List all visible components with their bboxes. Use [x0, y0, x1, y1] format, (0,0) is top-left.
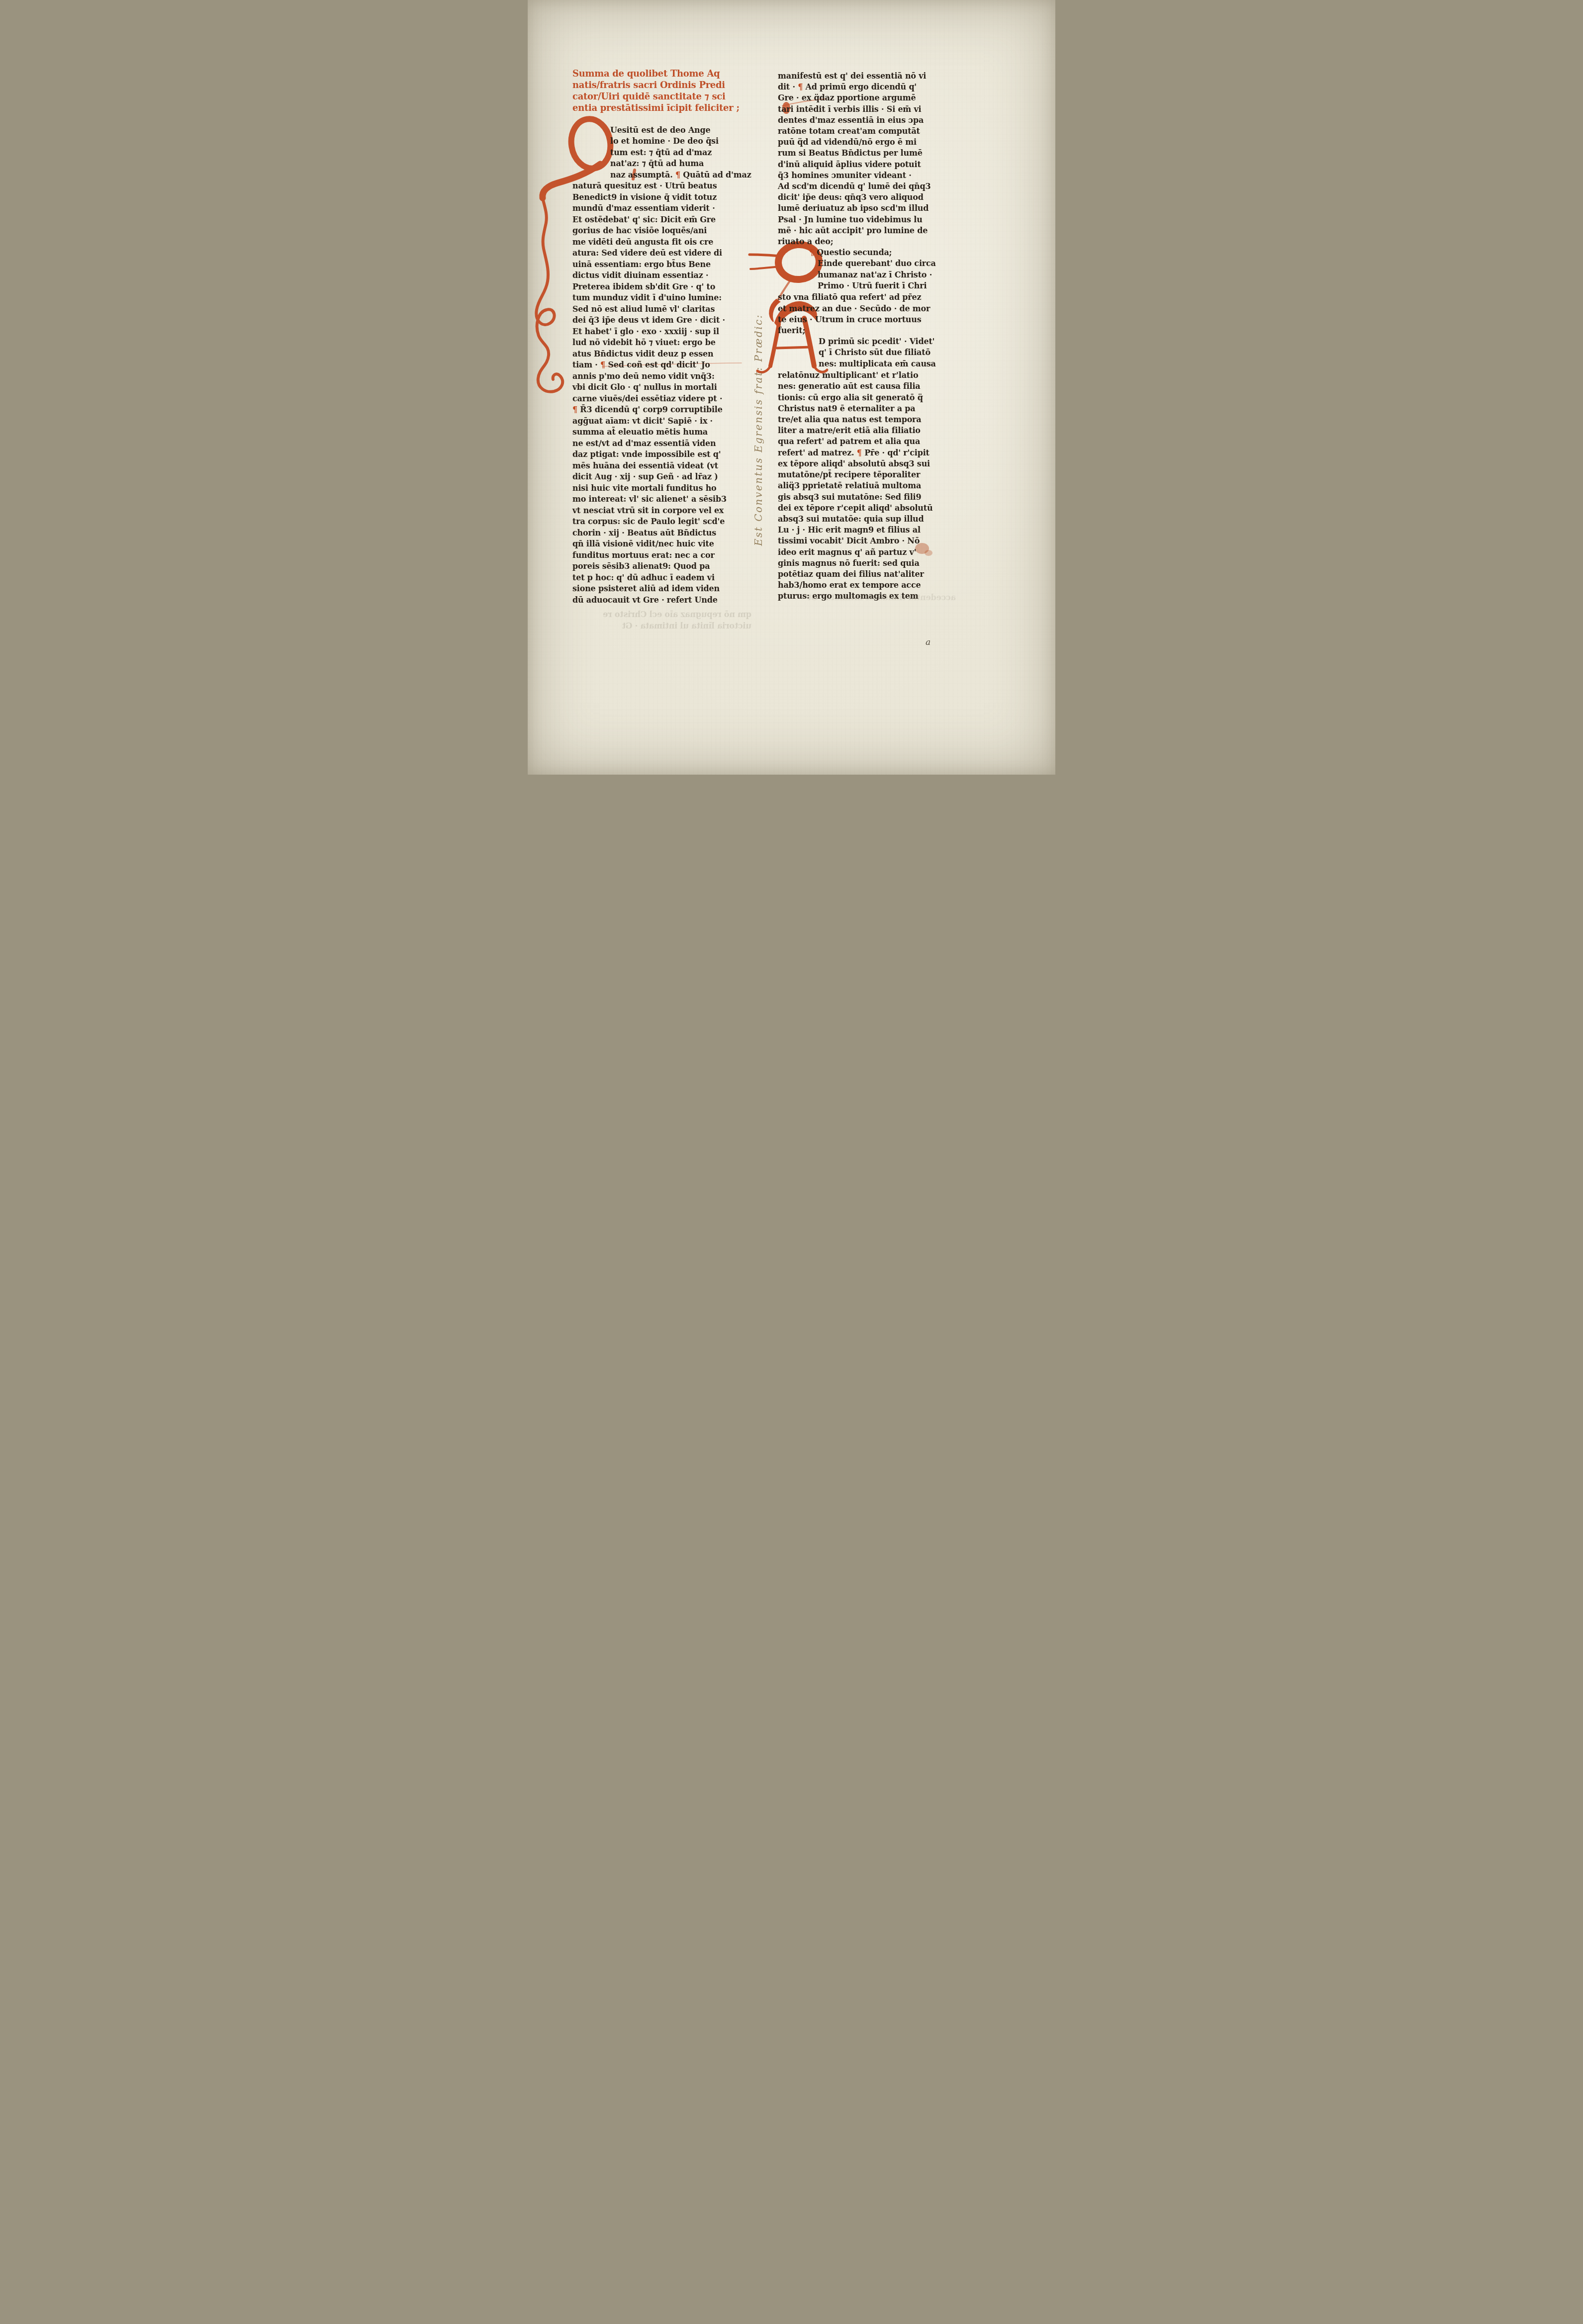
- initial-a: A: [778, 336, 819, 370]
- ownership-inscription: Est Conventus Egrensis frat: Prædic:: [752, 277, 767, 546]
- right-column-text-3: D primū sic pcedit' · Videt' q' ī Christ…: [778, 337, 936, 601]
- questio-secunda-heading: ¶ Questio secunda;: [809, 247, 957, 258]
- left-column: Summa de quolibet Thome Aq natis/fratris…: [572, 69, 751, 606]
- right-column: manifestū est q' dei essentiā nō vi dit …: [778, 71, 957, 602]
- left-column-paragraph: QUesitū est de deo Ange lo et homine · D…: [572, 125, 751, 606]
- right-column-text-1: manifestū est q' dei essentiā nō vi dit …: [778, 71, 931, 246]
- incipit-rubric: Summa de quolibet Thome Aq natis/fratris…: [572, 69, 751, 114]
- initial-q: Q: [572, 125, 610, 171]
- incunabulum-page: Summa de quolibet Thome Aq natis/fratris…: [528, 0, 1055, 775]
- left-column-text: Uesitū est de deo Ange lo et homine · De…: [572, 125, 751, 605]
- right-column-seg1: manifestū est q' dei essentiā nō vi dit …: [778, 71, 957, 247]
- right-column-seg2: DEinde querebant' duo circa humanaz nat'…: [778, 258, 957, 336]
- bleedthrough-right: accedentia timida ut intimata · Gt: [778, 592, 956, 603]
- right-column-seg3: AD primū sic pcedit' · Videt' q' ī Chris…: [778, 336, 957, 602]
- initial-d: D: [778, 258, 818, 292]
- bleedthrough-left: qm nō repugnaz aīo ecl Christo re uictor…: [571, 609, 751, 631]
- quire-signature: a: [926, 637, 931, 647]
